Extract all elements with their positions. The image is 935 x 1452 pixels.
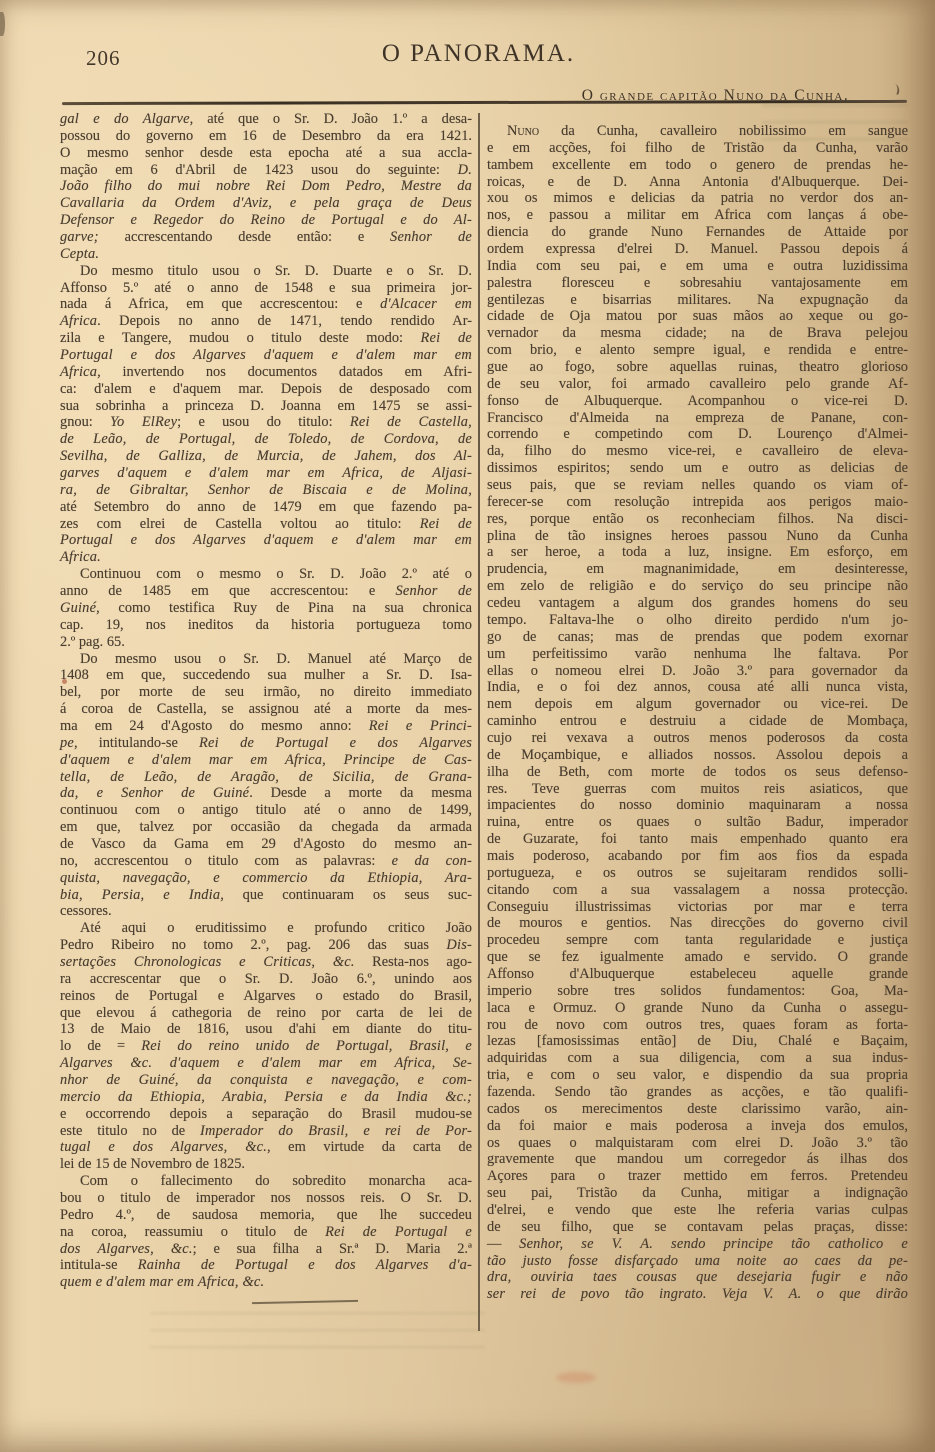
text-line: continuou com o antigo titulo até o anno… bbox=[60, 802, 472, 819]
text-line: correndo e competindo com D. Lourenço d'… bbox=[487, 426, 908, 443]
text-line: sua sobrinha a princeza D. Joanna em 147… bbox=[60, 398, 472, 415]
text-line: ma em 24 d'Agosto do mesmo anno: Rei e P… bbox=[60, 718, 472, 735]
text-line: procedeu sempre com tanta regularidade e… bbox=[487, 932, 908, 949]
text-line: ra accrescentar que o Sr. D. João 6.º, u… bbox=[60, 971, 472, 988]
text-line: garves d'aquem e d'alem mar em Africa, d… bbox=[60, 465, 472, 482]
text-line: Portugal e dos Algarves d'aquem e d'alem… bbox=[60, 347, 472, 364]
text-line: portugueza, e os outros se sujeitaram re… bbox=[487, 865, 908, 882]
text-line: Do mesmo titulo usou o Sr. D. Duarte e o… bbox=[60, 263, 472, 280]
text-line: diencia do grande Nuno Fernandes de Atta… bbox=[487, 224, 908, 241]
text-line: da foi maior e mais poderosa a inveja do… bbox=[487, 1118, 908, 1135]
text-line: dra, ouviria taes cousas que desejaria f… bbox=[487, 1269, 908, 1286]
text-line: laca e Ormuz. O grande Nuno da Cunha o a… bbox=[487, 1000, 908, 1017]
text-line: res, porque então os reconheciam filhos.… bbox=[487, 511, 908, 528]
section-divider bbox=[252, 1300, 358, 1304]
text-line: palestra floresceu e sobresahiu vantajos… bbox=[487, 275, 908, 292]
text-line: bel, por morte de seu irmão, no direito … bbox=[60, 684, 472, 701]
text-line: prudencia, em magnanimidade, em desinter… bbox=[487, 561, 908, 578]
text-line: de seu filho, que se contavam pelas praç… bbox=[487, 1219, 908, 1236]
text-line: ra, de Gibraltar, Senhor de Biscaia e de… bbox=[60, 482, 472, 499]
text-line: India com seu pai, e em uma e outra luzi… bbox=[487, 258, 908, 275]
text-line: Algarves &c. d'aquem e d'alem mar em Afr… bbox=[60, 1055, 472, 1072]
text-line: bou o titulo de imperador nos nossos rei… bbox=[60, 1190, 472, 1207]
text-line: fonso de Albuquerque. Acompanhou o vice-… bbox=[487, 393, 908, 410]
text-line: nos, e passou a militar em Africa com la… bbox=[487, 207, 908, 224]
text-line: tambem excellente em todo o genero de pr… bbox=[487, 157, 908, 174]
text-line: quem e d'alem mar em Africa, &c. bbox=[60, 1274, 472, 1291]
text-line: á coroa de Castella, se assignou até a m… bbox=[60, 701, 472, 718]
text-line: pe, intitulando-se Rei de Portugal e dos… bbox=[60, 735, 472, 752]
text-line: gentilezas e bisarrias militares. Na exp… bbox=[487, 292, 908, 309]
text-line: Africa, invertendo nos documentos datado… bbox=[60, 364, 472, 381]
text-line: mação em 6 d'Abril de 1423 usou do segui… bbox=[60, 162, 472, 179]
text-line: ser rei de povo tão ingrato. Veja V. A. … bbox=[487, 1286, 908, 1303]
text-line: até Setembro do anno de 1479 em que faze… bbox=[60, 499, 472, 516]
text-line: de seu valor, foi armado cavalleiro pelo… bbox=[487, 376, 908, 393]
text-line: seu pai, Tristão da Cunha, mitigar a ind… bbox=[487, 1185, 908, 1202]
text-line: ilha de Beth, com morte de todos os seus… bbox=[487, 764, 908, 781]
text-line: rou de novo com outros tres, quaes foram… bbox=[487, 1017, 908, 1034]
text-line: lei de 15 de Novembro de 1825. bbox=[60, 1156, 472, 1173]
page-edge-mark bbox=[0, 12, 5, 36]
text-line: da, filho do mesmo vice-rei, e cavalleir… bbox=[487, 443, 908, 460]
text-line: cessores. bbox=[60, 903, 472, 920]
text-line: mercio da Ethiopia, Arabia, Persia e da … bbox=[60, 1089, 472, 1106]
text-line: da, e Senhor de Guiné. Desde a morte da … bbox=[60, 785, 472, 802]
text-line: plina de tão insignes heroes passou Nuno… bbox=[487, 528, 908, 545]
text-line: de Vasco da Gama em 29 d'Agosto do mesmo… bbox=[60, 836, 472, 853]
scanned-journal-page: 206 O PANORAMA. gal e do Algarve, até qu… bbox=[0, 0, 935, 1452]
text-line: fazenda. Sendo tão grandes as acções, e … bbox=[487, 1084, 908, 1101]
text-line: cujo rei vexava a outros menos poderosos… bbox=[487, 730, 908, 747]
text-line: Defensor e Regedor do Reino de Portugal … bbox=[60, 212, 472, 229]
text-line: roicas, e de D. Anna Antonia d'Albuquerq… bbox=[487, 174, 908, 191]
text-line: zila e Tangere, mudou o titulo deste mod… bbox=[60, 330, 472, 347]
text-line: tria, e com o seu valor, e dispendio da … bbox=[487, 1067, 908, 1084]
text-line: tão justo fosse disfarçado uma noite ao … bbox=[487, 1253, 908, 1270]
text-line: seus pais, que se reviam nelles quando o… bbox=[487, 477, 908, 494]
text-line: zes com elrei de Castella voltou ao titu… bbox=[60, 516, 472, 533]
paper-stain bbox=[62, 679, 67, 684]
text-line: India, e o foi dez annos, cousa até alli… bbox=[487, 679, 908, 696]
text-line: tempo. Faltava-lhe o olho direito perdid… bbox=[487, 612, 908, 629]
text-line: lo de = Rei do reino unido de Portugal, … bbox=[60, 1038, 472, 1055]
text-line: um perfeitissimo varão nenhuma lhe falta… bbox=[487, 646, 908, 663]
text-line: go de canas; mas de prendas que podem ex… bbox=[487, 629, 908, 646]
text-line: João filho do mui nobre Rei Dom Pedro, M… bbox=[60, 178, 472, 195]
text-line: adquiridas com a sua diligencia, com a s… bbox=[487, 1050, 908, 1067]
text-line: que elevou á cathegoria de reino por car… bbox=[60, 1005, 472, 1022]
text-line: Sevilha, de Galliza, de Murcia, de Jahem… bbox=[60, 448, 472, 465]
text-line: de Moçambique, e alliados nossos. Assolo… bbox=[487, 747, 908, 764]
text-line: de Leão, de Portugal, de Toledo, de Cord… bbox=[60, 431, 472, 448]
text-line: os quaes o malquistaram com elrei D. Joã… bbox=[487, 1135, 908, 1152]
text-line: 2.º pag. 65. bbox=[60, 634, 472, 651]
text-line: O mesmo senhor desde esta epocha até a s… bbox=[60, 145, 472, 162]
text-line: Affonso 5.º até o anno de 1548 e sua pri… bbox=[60, 280, 472, 297]
text-line: cap. 19, nos ineditos da historia portug… bbox=[60, 617, 472, 634]
text-line: Pedro Ribeiro no tomo 2.º, pag. 206 das … bbox=[60, 937, 472, 954]
text-line: ruina, entre os quaes o sultão Badur, im… bbox=[487, 814, 908, 831]
bleedthrough-artifact bbox=[150, 1312, 485, 1358]
text-line: gnou: Yo ElRey; e usou do titulo: Rei de… bbox=[60, 414, 472, 431]
text-line: gal e do Algarve, até que o Sr. D. João … bbox=[60, 111, 472, 128]
text-line: ca: d'alem e d'aquem mar. Depois de desp… bbox=[60, 381, 472, 398]
text-line: Francisco d'Almeida na empreza de Panane… bbox=[487, 410, 908, 427]
paper-stain bbox=[556, 1372, 596, 1383]
text-line: mais poderoso, acabando por fim aos fios… bbox=[487, 848, 908, 865]
text-line: anno de 1485 em que accrescentou: e Senh… bbox=[60, 583, 472, 600]
text-line: quista, navegação, e commercio da Ethiop… bbox=[60, 870, 472, 887]
text-line: garve; accrescentando desde então: e Sen… bbox=[60, 229, 472, 246]
text-line: e occorrendo depois a separação do Brasi… bbox=[60, 1106, 472, 1123]
column-separator bbox=[478, 113, 480, 1331]
text-line: Conseguiu illustrissimas victorias por m… bbox=[487, 899, 908, 916]
text-line: com brio, e alento sempre igual, e rendi… bbox=[487, 342, 908, 359]
text-line: impacientes do nosso dominio maquinaram … bbox=[487, 797, 908, 814]
text-line: Guiné, como testifica Ruy de Pina na sua… bbox=[60, 600, 472, 617]
text-line: vernador da mesma cidade; na de Brava pe… bbox=[487, 325, 908, 342]
text-line: em que, talvez por occasião da chegada d… bbox=[60, 819, 472, 836]
text-line: este titulo no de Imperador do Brasil, e… bbox=[60, 1123, 472, 1140]
text-line: reinos de Portugal e Algarves o estado d… bbox=[60, 988, 472, 1005]
text-line: dos Algarves, &c.; e sua filha a Sr.ª D.… bbox=[60, 1241, 472, 1258]
text-line: cados os merecimentos deste clarissimo v… bbox=[487, 1101, 908, 1118]
text-line: res. Teve guerras com muitos reis asiati… bbox=[487, 781, 908, 798]
left-column: gal e do Algarve, até que o Sr. D. João … bbox=[60, 111, 472, 1291]
text-line: nem depois em algum governador ou vice-r… bbox=[487, 696, 908, 713]
text-line: 1408 em que, succedendo sua mulher a Sr.… bbox=[60, 667, 472, 684]
right-column: O grande capitão Nuno da Cunha. Nuno da … bbox=[487, 86, 908, 1303]
text-line: imperio sobre tres solidos fundamentos: … bbox=[487, 983, 908, 1000]
article-body: Nuno da Cunha, cavalleiro nobilissimo em… bbox=[487, 123, 908, 1303]
text-line: Cavallaria da Ordem d'Aviz, e pela graça… bbox=[60, 195, 472, 212]
text-line: cedeu vantagem a algum dos grandes homen… bbox=[487, 595, 908, 612]
text-line: em zelo de religião e do serviço do seu … bbox=[487, 578, 908, 595]
text-line: na coroa, reassumiu o titulo de Rei de P… bbox=[60, 1224, 472, 1241]
text-line: e em acções, foi filho de Tristão da Cun… bbox=[487, 140, 908, 157]
text-line: lezas [famosissimas então] de Diu, Chalé… bbox=[487, 1033, 908, 1050]
text-line: ferecer-se com resolução intrepida aos p… bbox=[487, 494, 908, 511]
article-title: O grande capitão Nuno da Cunha. bbox=[505, 86, 926, 106]
text-line: nhor de Guiné, da conquista e navegação,… bbox=[60, 1072, 472, 1089]
text-line: Continuou com o mesmo o Sr. D. João 2.º … bbox=[60, 566, 472, 583]
text-line: citando com a sua vassalagem a nossa pro… bbox=[487, 882, 908, 899]
text-line: Pedro 4.º, de saudosa memoria, que lhe s… bbox=[60, 1207, 472, 1224]
text-line: d'aquem e d'alem mar em Africa, Principe… bbox=[60, 752, 472, 769]
text-line: Com o fallecimento do sobredito monarcha… bbox=[60, 1173, 472, 1190]
text-line: sertações Chronologicas e Criticas, &c. … bbox=[60, 954, 472, 971]
text-line: que se fez igualmente amado e servido. O… bbox=[487, 949, 908, 966]
journal-title: O PANORAMA. bbox=[11, 40, 935, 68]
text-line: d'elrei, e vendo que este lhe referia va… bbox=[487, 1202, 908, 1219]
text-line: Do mesmo usou o Sr. D. Manuel até Março … bbox=[60, 651, 472, 668]
text-line: caminho entrou e destruiu a cidade de Mo… bbox=[487, 713, 908, 730]
text-line: gue ao fogo, sobre aquellas ruinas, thea… bbox=[487, 359, 908, 376]
text-line: tella, de Leão, de Aragão, de Sicilia, d… bbox=[60, 769, 472, 786]
text-line: xou os mimos e delicias da patria no ver… bbox=[487, 190, 908, 207]
text-line: Africa. bbox=[60, 549, 472, 566]
text-line: gravemente que mandou um corregedor ás i… bbox=[487, 1151, 908, 1168]
text-line: ordem expressa d'elrei D. Manuel. Passou… bbox=[487, 241, 908, 258]
text-line: ellas o nomeou elrei D. João 3.º para go… bbox=[487, 663, 908, 680]
text-line: tugal e dos Algarves, &c., em virtude da… bbox=[60, 1139, 472, 1156]
text-line: Nuno da Cunha, cavalleiro nobilissimo em… bbox=[487, 123, 908, 140]
text-line: Até aqui o eruditissimo e profundo criti… bbox=[60, 920, 472, 937]
text-line: cidade de Oja matou por suas mãos ao xeq… bbox=[487, 308, 908, 325]
text-line: Cepta. bbox=[60, 246, 472, 263]
text-line: — Senhor, se V. A. sendo principe tão ca… bbox=[487, 1236, 908, 1253]
text-line: de mouros e gentios. Nas direcções do go… bbox=[487, 915, 908, 932]
text-line: Africa. Depois no anno de 1471, tendo re… bbox=[60, 313, 472, 330]
text-line: Açores para o trazer mettido em ferros. … bbox=[487, 1168, 908, 1185]
text-line: intitula-se Rainha de Portugal e dos Alg… bbox=[60, 1257, 472, 1274]
text-line: nada á Africa, em que accrescentou: e d'… bbox=[60, 296, 472, 313]
text-line: Portugal e dos Algarves d'aquem e d'alem… bbox=[60, 532, 472, 549]
text-line: bia, Persia, e India, que continuaram os… bbox=[60, 887, 472, 904]
text-line: a ser heroe, a toda a luz, insigne. Em e… bbox=[487, 544, 908, 561]
text-line: dissimos espiritos; sendo um e outro as … bbox=[487, 460, 908, 477]
text-line: possou do governo em 16 de Desembro da e… bbox=[60, 128, 472, 145]
text-line: de Guzarate, foi tanto mais empenhado qu… bbox=[487, 831, 908, 848]
text-line: 13 de Maio de 1816, usou d'ahi em diante… bbox=[60, 1021, 472, 1038]
text-line: no, accrescentou o titulo com as palavra… bbox=[60, 853, 472, 870]
text-line: Affonso d'Albuquerque estabeleceu aquell… bbox=[487, 966, 908, 983]
